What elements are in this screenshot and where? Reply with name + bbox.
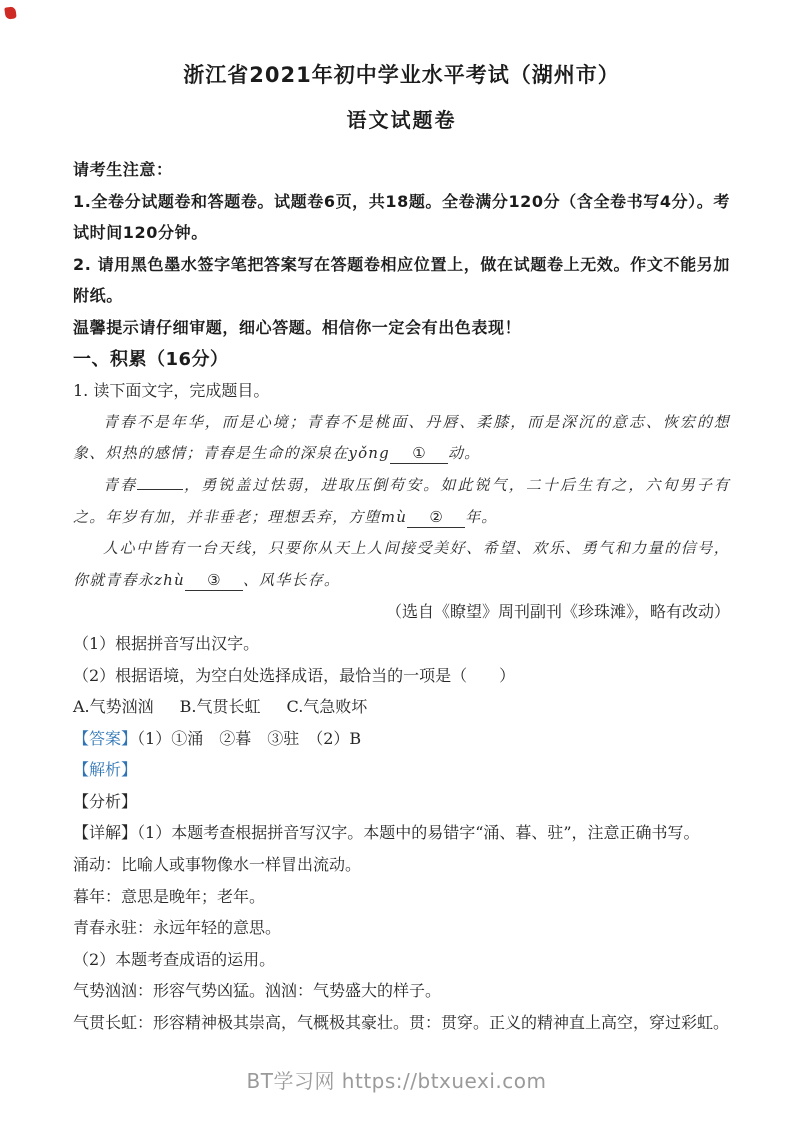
explanation-line: 气势汹汹：形容气势凶猛。汹汹：气势盛大的样子。 (73, 975, 730, 1007)
idiom-blank (137, 489, 183, 490)
analysis-label: 【解析】 (73, 760, 137, 779)
passage-paragraph-2: 青春，勇锐盖过怯弱，进取压倒苟安。如此锐气，二十后生有之，六旬男子有之。年岁有加… (73, 470, 730, 533)
section-heading-accumulation: 一、积累（16分） (73, 344, 730, 376)
passage-text: 、风华长存。 (243, 571, 340, 589)
passage-text: ，勇锐盖过怯弱，进取压倒苟安。如此锐气，二十后生有之，六旬男子有之。年岁有加，并… (73, 476, 730, 526)
detail-line: 【详解】（1）本题考查根据拼音写汉字。本题中的易错字“涌、暮、驻”，注意正确书写… (73, 817, 730, 849)
sub-question-2: （2）根据语境，为空白处选择成语，最恰当的一项是（ ） (73, 660, 730, 692)
pinyin-blank-1: ① (390, 443, 448, 464)
analysis-label-line: 【解析】 (73, 754, 730, 786)
option-a: A.气势汹汹 (73, 697, 154, 716)
notice-item-1: 1.全卷分试题卷和答题卷。试题卷6页，共18题。全卷满分120分（含全卷书写4分… (73, 186, 730, 249)
exam-document-page: 浙江省2021年初中学业水平考试（湖州市） 语文试题卷 请考生注意： 1.全卷分… (0, 0, 793, 1122)
answer-label: 【答案】 (73, 729, 137, 748)
breakdown-label-line: 【分析】 (73, 786, 730, 818)
document-subtitle: 语文试题卷 (73, 106, 730, 134)
breakdown-label: 【分析】 (73, 792, 137, 811)
passage-source: （选自《瞭望》周刊副刊《珍珠滩》，略有改动） (73, 596, 730, 628)
detail-text: （1）本题考查根据拼音写汉字。本题中的易错字“涌、暮、驻”，注意正确书写。 (137, 823, 700, 842)
passage-paragraph-1: 青春不是年华，而是心境；青春不是桃面、丹唇、柔膝，而是深沉的意志、恢宏的想象、炽… (73, 407, 730, 470)
passage-text: 动。 (448, 444, 480, 462)
explanation-line: 暮年：意思是晚年；老年。 (73, 881, 730, 913)
answer-text: （1）①涌 ②暮 ③驻 （2）B (137, 729, 361, 748)
notice-tip: 温馨提示请仔细审题，细心答题。相信你一定会有出色表现！ (73, 312, 730, 344)
pinyin-blank-3: ③ (185, 570, 243, 591)
choice-options: A.气势汹汹B.气贯长虹C.气急败坏 (73, 691, 730, 723)
explanation-line: 青春永驻：永远年轻的意思。 (73, 912, 730, 944)
red-corner-mark-icon (4, 6, 17, 19)
site-watermark: BT学习网 https://btxuexi.com (0, 1065, 793, 1094)
passage-text: 青春 (103, 476, 137, 494)
notice-heading: 请考生注意： (73, 154, 730, 186)
question-intro: 1. 读下面文字，完成题目。 (73, 375, 730, 407)
answer-line: 【答案】（1）①涌 ②暮 ③驻 （2）B (73, 723, 730, 755)
document-content: 浙江省2021年初中学业水平考试（湖州市） 语文试题卷 请考生注意： 1.全卷分… (0, 0, 793, 1039)
option-b: B.气贯长虹 (180, 697, 261, 716)
pinyin-blank-2: ② (407, 507, 465, 528)
explanation-line: 气贯长虹：形容精神极其崇高，气概极其豪壮。贯：贯穿。正义的精神直上高空，穿过彩虹… (73, 1007, 730, 1039)
passage-paragraph-3: 人心中皆有一台天线，只要你从天上人间接受美好、希望、欢乐、勇气和力量的信号，你就… (73, 533, 730, 596)
notice-item-2: 2. 请用黑色墨水签字笔把答案写在答题卷相应位置上，做在试题卷上无效。作文不能另… (73, 249, 730, 312)
sub-question-1: （1）根据拼音写出汉字。 (73, 628, 730, 660)
document-title: 浙江省2021年初中学业水平考试（湖州市） (73, 60, 730, 90)
passage-text: 年。 (465, 508, 497, 526)
passage-text: 人心中皆有一台天线，只要你从天上人间接受美好、希望、欢乐、勇气和力量的信号，你就… (73, 539, 730, 589)
explanation-line: 涌动：比喻人或事物像水一样冒出流动。 (73, 849, 730, 881)
option-c: C.气急败坏 (287, 697, 368, 716)
explanation-line: （2）本题考查成语的运用。 (73, 944, 730, 976)
detail-label: 【详解】 (73, 823, 137, 842)
